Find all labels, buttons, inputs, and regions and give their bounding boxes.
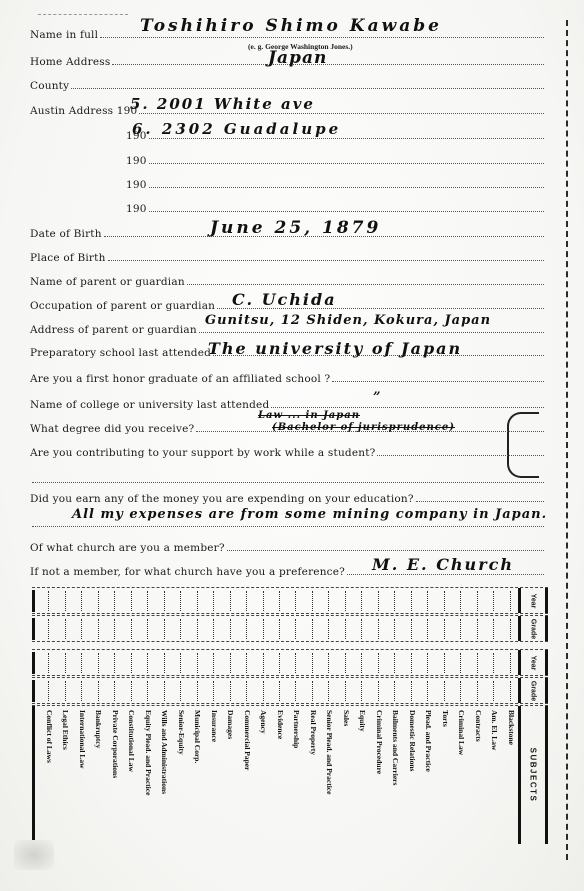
grid-cell [444,619,445,639]
grid-row-grade: Grade [32,677,548,704]
grid-cell [180,591,181,611]
grid-cell [263,681,264,701]
subject-column: Commercial Paper [238,710,255,846]
grid-cell [279,653,280,673]
field-label: Occupation of parent or guardian [30,300,215,312]
subject-column: Plead. and Practice [419,710,436,846]
subject-label: Criminal Procedure [375,710,384,774]
grid-cell [48,591,49,611]
grid-cell [213,653,214,673]
handwritten-earn-money: All my expenses are from some mining com… [72,507,547,522]
handwritten-home-address: Japan [268,48,327,68]
fill-line [100,36,544,38]
field-label: Austin Address 190 [30,105,137,117]
grid-cell [164,653,165,673]
grid-cell [263,619,264,639]
subject-column: Domestic Relations [403,710,420,846]
grid-cell [295,619,296,639]
field-label: Are you a first honor graduate of an aff… [30,373,330,385]
handwritten-college: ” [373,390,381,405]
grid-cell [98,681,99,701]
fill-line [71,87,544,89]
field-label: Name in full [30,29,98,41]
field-label: Preparatory school last attended [30,347,211,359]
grid-cell [279,619,280,639]
field-place-of-birth: Place of Birth [30,244,544,264]
subject-label: Commercial Paper [243,710,252,770]
fill-line [199,331,544,333]
field-austin-address-4: 190 [126,171,544,191]
subject-label: Legal Ethics [61,710,70,750]
subject-column: Constitutional Law [122,710,139,846]
subject-column: Municipal Corp. [188,710,205,846]
subject-column: Sales [337,710,354,846]
subject-column: Contracts [469,710,486,846]
grid-cell [328,619,329,639]
subject-column: Wills and Administrations [155,710,172,846]
fill-line [332,380,544,382]
grid-cell [394,653,395,673]
grid-cell [213,591,214,611]
grid-cell [147,681,148,701]
grid-cell [246,591,247,611]
grid-left-bar [32,590,35,612]
field-label: County [30,80,69,92]
subject-column: Evidence [271,710,288,846]
field-county: County [30,72,544,92]
grid-cell [147,591,148,611]
grid-cell [65,619,66,639]
grid-cell [230,591,231,611]
grid-cell [295,653,296,673]
field-label: If not a member, for what church have yo… [30,566,345,578]
grid-cell [213,619,214,639]
grid-cell [361,591,362,611]
handwritten-austin-address-2: 6. 2302 Guadalupe [132,120,341,138]
grid-cell [246,681,247,701]
grid-cell [493,653,494,673]
subject-label: Sales [342,710,351,726]
grid-cell [510,619,511,639]
grid-cell [81,681,82,701]
subject-label: Agency [259,710,268,734]
grid-cell [164,681,165,701]
grid-cell [213,681,214,701]
grid-cell [328,681,329,701]
grid-cell [345,591,346,611]
subject-label: Wills and Administrations [160,710,169,794]
fill-line [227,549,544,551]
fill-line [149,210,544,212]
grid-row-label-box: Grade [518,616,548,641]
field-label: Home Address [30,56,110,68]
grid-cell [378,591,379,611]
grid-cell [444,591,445,611]
subject-label: Constitutional Law [127,710,136,772]
subject-column: Agency [254,710,271,846]
subject-column: Equity [353,710,370,846]
grid-cell [510,591,511,611]
grid-cell [230,619,231,639]
grid-cell [477,681,478,701]
grid-cell [180,653,181,673]
handwritten-parent-occupation: C. Uchida [232,290,337,309]
grid-cell [98,619,99,639]
grid-cell [197,619,198,639]
grid-cell [246,619,247,639]
subject-column: Torts [436,710,453,846]
field-label: Name of college or university last atten… [30,399,269,411]
grid-cell [164,591,165,611]
subject-label: Bailments and Carriers [391,710,400,785]
grid-cell [345,653,346,673]
subject-label: Criminal Law [457,710,466,755]
subject-label: Insurance [210,710,219,742]
subject-column: Private Corporations [106,710,123,846]
handwritten-degree-struck-1: Law ... in Japan [258,410,360,421]
fill-line [187,283,544,285]
handwritten-church-pref: M. E. Church [372,555,514,574]
grid-cell [394,619,395,639]
grid-cell [114,653,115,673]
grid-cell [312,653,313,673]
subject-label: Am. El. Law [490,710,499,750]
subject-column: International Law [73,710,90,846]
handwritten-parent-address: Gunitsu, 12 Shiden, Kokura, Japan [205,313,491,328]
grid-cell [411,619,412,639]
grid-cell [493,591,494,611]
field-label: Of what church are you a member? [30,542,225,554]
grid-cell [180,619,181,639]
grid-cell [345,619,346,639]
grid-cell [477,653,478,673]
subject-column: Senior Plead. and Practice [320,710,337,846]
field-contributing-cont [30,466,544,486]
fill-line [416,500,544,502]
grid-cell [230,653,231,673]
field-label: Name of parent or guardian [30,276,185,288]
fill-line [149,186,544,188]
subject-label: International Law [78,710,87,769]
subject-column: Insurance [205,710,222,846]
grid-cell [411,653,412,673]
grid-cell [81,653,82,673]
grid-cell [378,619,379,639]
field-earn-money: Did you earn any of the money you are ex… [30,485,544,505]
grid-cell [197,591,198,611]
grid-row-year: Year [32,649,548,676]
grid-cell [197,653,198,673]
subject-column: Legal Ethics [56,710,73,846]
fill-line [112,63,544,65]
subject-column: Real Property [304,710,321,846]
registration-card: Name in fullHome AddressCountyAustin Add… [0,0,584,891]
subject-label: Torts [441,710,450,727]
grid-row-year: Year [32,587,548,614]
grid-cell [444,653,445,673]
grid-cell [477,591,478,611]
subject-label: Equity [358,710,367,732]
subject-label: Contracts [474,710,483,742]
handwritten-prep-school: The university of Japan [208,339,462,358]
grid-cell [427,653,428,673]
field-label: Address of parent or guardian [30,324,197,336]
subject-column: Am. El. Law [485,710,502,846]
grid-cell [114,591,115,611]
grid-cell [411,681,412,701]
grid-cell [493,681,494,701]
field-church-member: Of what church are you a member? [30,534,544,554]
subject-label: Plead. and Practice [424,710,433,772]
grid-cell [427,591,428,611]
grid-row-label-box: Year [518,650,548,675]
grid-cell [460,653,461,673]
grid-cell [510,681,511,701]
grid-cell [295,591,296,611]
subject-label: Partnership [292,710,301,748]
grid-cell [263,653,264,673]
field-label: Place of Birth [30,252,106,264]
subject-label: Blackstone [507,710,516,745]
grid-cell [427,619,428,639]
grid-row-grade: Grade [32,615,548,642]
grid-cell [312,619,313,639]
subjects-grid: YearGradeYearGrade Conflict of LawsLegal… [32,587,548,849]
subject-column: Bailments and Carriers [386,710,403,846]
grid-cell [328,591,329,611]
grid-left-bar [32,652,35,674]
grid-cell [361,619,362,639]
handwritten-date-of-birth: June 25, 1879 [210,218,381,238]
grid-row-label: Grade [530,618,537,638]
handwritten-name: Toshihiro Shimo Kawabe [140,16,442,36]
field-label: Are you contributing to your support by … [30,447,375,459]
grid-cell [477,619,478,639]
subject-column: Partnership [287,710,304,846]
fill-line [108,259,544,261]
grid-cell [114,681,115,701]
subject-label: Senior-Equity [177,710,186,755]
grid-cell [98,591,99,611]
field-college: Name of college or university last atten… [30,391,544,411]
field-austin-address-3: 190 [126,147,544,167]
grid-left-bar [32,618,35,640]
subject-column: Blackstone [502,710,519,846]
grid-cell [81,591,82,611]
top-smudge [38,14,128,17]
grid-cell [65,681,66,701]
subject-column: Damages [221,710,238,846]
subject-label: Conflict of Laws [45,710,54,763]
grid-cell [131,619,132,639]
subject-label: Evidence [276,710,285,739]
subject-column: Criminal Procedure [370,710,387,846]
subject-label: Domestic Relations [408,710,417,771]
grid-cell [394,681,395,701]
subject-label: Municipal Corp. [193,710,202,763]
grid-cell [460,591,461,611]
grid-cell [279,681,280,701]
grid-cell [312,681,313,701]
grid-cell [411,591,412,611]
subjects-header-label: SUBJECTS [529,748,538,803]
grid-cell [230,681,231,701]
subject-column: Equity Plead. and Practice [139,710,156,846]
grid-cell [131,681,132,701]
fill-line [271,406,544,408]
grid-cell [361,653,362,673]
fill-line [377,454,544,456]
grid-row-label: Year [530,655,537,670]
subject-column: Bankruptcy [89,710,106,846]
grid-cell [295,681,296,701]
grid-cell [131,591,132,611]
subject-label: Real Property [309,710,318,755]
grid-cell [98,653,99,673]
grid-cell [164,619,165,639]
field-label: 190 [126,203,147,215]
grid-cell [328,653,329,673]
grid-cell [246,653,247,673]
grid-cell [81,619,82,639]
grid-row-label: Grade [530,680,537,700]
fill-line [149,162,544,164]
subjects-header: SUBJECTS [518,706,548,844]
grid-left-bar [32,706,35,840]
grid-cell [444,681,445,701]
grid-cell [180,681,181,701]
grid-cell [345,681,346,701]
card-right-edge [566,20,568,860]
field-label: What degree did you receive? [30,423,194,435]
field-label: 190 [126,179,147,191]
handwritten-austin-address-1: 5. 2001 White ave [130,95,315,113]
grid-row-label: Year [530,593,537,608]
grid-cell [65,591,66,611]
grid-cell [361,681,362,701]
grid-cell [48,619,49,639]
subject-column: Criminal Law [452,710,469,846]
grid-cell [378,653,379,673]
field-first-honor: Are you a first honor graduate of an aff… [30,365,544,385]
subject-label: Damages [226,710,235,739]
grid-cell [279,591,280,611]
fill-line [32,525,544,527]
grid-cell [378,681,379,701]
grid-cell [312,591,313,611]
grid-cell [394,591,395,611]
subject-column: Senior-Equity [172,710,189,846]
grid-cell [427,681,428,701]
field-parent-name: Name of parent or guardian [30,268,544,288]
subject-label: Equity Plead. and Practice [144,710,153,795]
grid-cell [65,653,66,673]
grid-cell [510,653,511,673]
grid-cell [147,619,148,639]
field-label: 190 [126,155,147,167]
grid-cell [114,619,115,639]
grid-cell [147,653,148,673]
handwritten-degree-struck-2: (Bachelor of jurisprudence) [272,422,455,433]
subject-label: Bankruptcy [94,710,103,748]
fill-line [32,481,544,483]
subjects-row: Conflict of LawsLegal EthicsInternationa… [32,705,548,850]
grid-cell [197,681,198,701]
grid-cell [460,619,461,639]
grid-row-label-box: Grade [518,678,548,703]
subject-column: Conflict of Laws [40,710,57,846]
subject-label: Senior Plead. and Practice [325,710,334,794]
grid-cell [131,653,132,673]
grid-left-bar [32,680,35,702]
grid-cell [48,653,49,673]
field-contributing: Are you contributing to your support by … [30,439,544,459]
grid-cell [48,681,49,701]
field-label: Date of Birth [30,228,102,240]
grid-cell [460,681,461,701]
grid-cell [263,591,264,611]
field-label: Did you earn any of the money you are ex… [30,493,414,505]
field-austin-address-5: 190 [126,195,544,215]
subject-label: Private Corporations [111,710,120,778]
grid-cell [493,619,494,639]
grid-row-label-box: Year [518,588,548,613]
